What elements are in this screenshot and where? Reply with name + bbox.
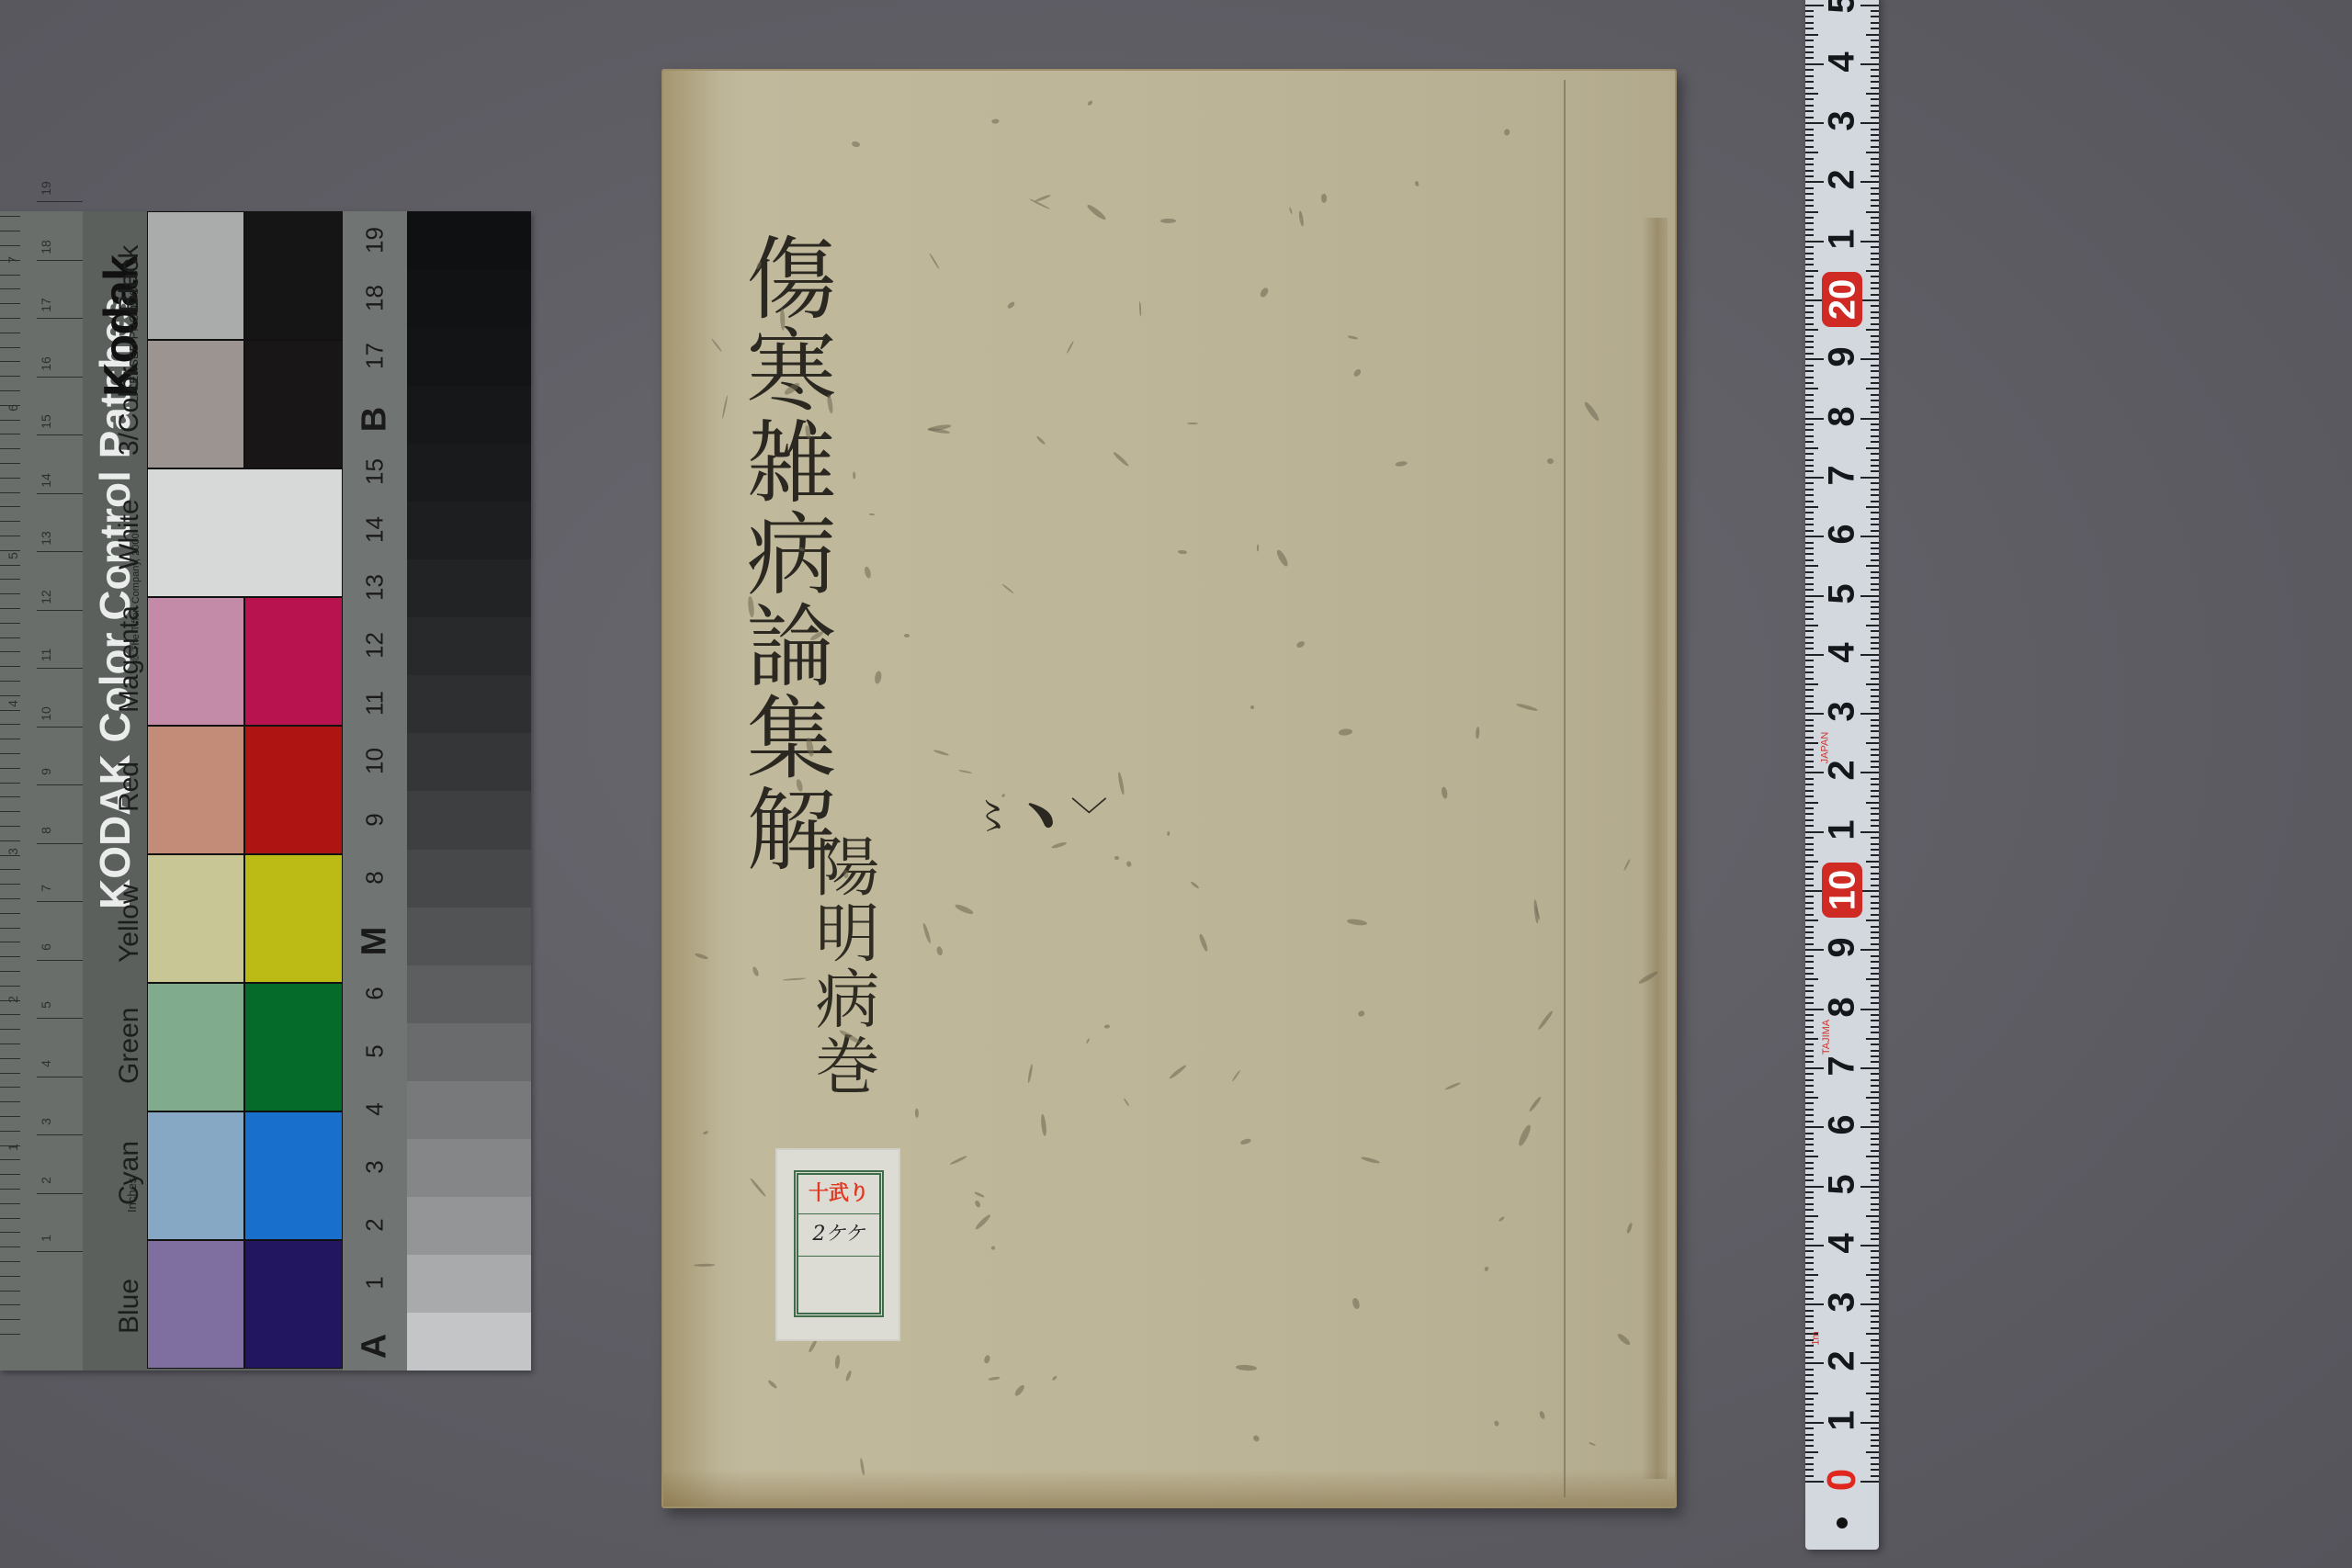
ruler-tick — [1805, 134, 1814, 136]
paper-fleck — [1347, 919, 1368, 927]
spine-edge — [1642, 218, 1668, 1479]
cm-number: 17 — [39, 296, 53, 314]
paper-fleck — [1085, 203, 1106, 221]
ruler-tick — [1805, 784, 1814, 785]
cm-tick — [37, 960, 83, 961]
paper-fleck — [1623, 859, 1630, 871]
ruler-tick — [1871, 129, 1879, 130]
scale-tick — [0, 986, 20, 987]
ruler-tick — [1871, 370, 1879, 372]
cm-tick — [37, 260, 83, 261]
ruler-tick — [1805, 577, 1814, 579]
ruler-tick — [1871, 39, 1879, 41]
ruler-tick — [1805, 1475, 1814, 1477]
ruler-tick — [1805, 470, 1814, 472]
ruler-tick — [1866, 1038, 1879, 1040]
ruler-tick — [1805, 253, 1814, 254]
ruler-tick — [1871, 1250, 1879, 1252]
paper-fleck — [1085, 1038, 1090, 1043]
inch-number: 4 — [6, 694, 20, 713]
ruler-number: 1 — [1822, 813, 1863, 846]
gray-step — [407, 269, 531, 328]
ruler-tick — [1860, 418, 1879, 420]
ruler-tick — [1871, 1221, 1879, 1223]
ruler-tick — [1871, 435, 1879, 437]
scale-tick — [0, 1261, 20, 1262]
edge-stain — [663, 71, 718, 1506]
ruler-tick — [1866, 1393, 1879, 1394]
inch-number: 7 — [6, 251, 20, 269]
ruler-tick — [1805, 1381, 1814, 1382]
ruler-tick — [1871, 258, 1879, 260]
scale-tick — [0, 1276, 20, 1277]
ruler-tick — [1871, 1227, 1879, 1229]
paper-fleck — [933, 749, 949, 755]
ruler-tick — [1805, 985, 1814, 987]
ruler-tick — [1805, 931, 1814, 933]
step-label: 13 — [361, 556, 390, 620]
inch-number: 1 — [6, 1138, 20, 1156]
scale-tick — [0, 376, 20, 377]
ruler-tick — [1871, 134, 1879, 136]
ruler-tick — [1871, 57, 1879, 59]
ruler-tick — [1871, 926, 1879, 928]
ruler-tick — [1871, 465, 1879, 467]
cm-tick — [37, 1251, 83, 1252]
tape-measure: 01234567891012345678920123451mJAPANTAJIM… — [1805, 0, 1879, 1550]
ruler-tick — [1866, 506, 1879, 508]
paper-fleck — [1348, 335, 1359, 340]
paper-fleck — [1123, 1098, 1129, 1107]
ruler-tick — [1805, 642, 1814, 644]
ruler-tick — [1871, 1144, 1879, 1145]
ruler-tick — [1871, 264, 1879, 265]
ruler-tick — [1866, 447, 1879, 449]
patch-cyan-dark — [244, 1111, 343, 1240]
cm-number: 19 — [39, 179, 53, 197]
paper-fleck — [1415, 181, 1420, 187]
ruler-tick — [1860, 1126, 1879, 1128]
ruler-tick — [1871, 1191, 1879, 1193]
gray-step — [407, 385, 531, 444]
paper-fleck — [955, 903, 975, 916]
ruler-number: 7 — [1822, 458, 1863, 491]
gray-step — [407, 675, 531, 734]
ruler-tick — [1871, 406, 1879, 408]
gray-step — [407, 1022, 531, 1081]
ruler-tick — [1871, 1262, 1879, 1264]
ruler-tick — [1871, 1434, 1879, 1436]
ruler-tick — [1805, 601, 1814, 603]
ruler-tick — [1805, 453, 1814, 455]
paper-fleck — [1476, 727, 1479, 739]
ruler-tick — [1871, 1286, 1879, 1288]
ruler-tick — [1871, 46, 1879, 48]
patch-label: Black — [114, 245, 145, 312]
ruler-tick — [1805, 837, 1814, 839]
label-stamp: 十武り — [798, 1175, 879, 1214]
ruler-tick — [1805, 406, 1814, 408]
paper-fleck — [1199, 933, 1210, 953]
paper-fleck — [1441, 787, 1448, 799]
ruler-number: 2 — [1822, 1345, 1863, 1378]
step-label: B — [356, 387, 395, 451]
ruler-tick — [1805, 1215, 1818, 1217]
ruler-number: 1 — [1822, 222, 1863, 255]
paper-fleck — [1289, 207, 1293, 214]
ruler-tick — [1871, 973, 1879, 975]
paper-fleck — [1139, 301, 1142, 316]
ruler-tick — [1871, 1043, 1879, 1045]
ruler-tick — [1871, 382, 1879, 384]
ruler-tick — [1805, 459, 1814, 461]
ruler-tick — [1860, 181, 1879, 183]
scale-tick — [0, 681, 20, 682]
step-label: M — [356, 908, 395, 973]
cm-number: 18 — [39, 238, 53, 256]
ruler-tick — [1871, 205, 1879, 207]
scale-tick — [0, 913, 20, 914]
paper-fleck — [1117, 772, 1125, 795]
ruler-tick — [1871, 985, 1879, 987]
ruler-tick — [1805, 878, 1814, 880]
ruler-tick — [1805, 16, 1814, 17]
scale-tick — [0, 1291, 20, 1292]
ruler-tick — [1871, 217, 1879, 219]
ruler-tick — [1805, 1168, 1814, 1169]
ruler-tick — [1866, 978, 1879, 980]
ruler-tick — [1805, 973, 1814, 975]
ruler-tick — [1871, 69, 1879, 71]
ruler-tick — [1871, 1002, 1879, 1004]
paper-fleck — [1104, 1025, 1110, 1029]
ruler-tick — [1805, 1014, 1814, 1016]
ruler-tick — [1871, 1457, 1879, 1459]
ruler-tick — [1871, 719, 1879, 721]
ruler-tick — [1805, 377, 1814, 378]
scale-tick — [0, 288, 20, 289]
ruler-tick — [1805, 75, 1814, 77]
color-patches — [147, 211, 343, 1371]
ruler-tick — [1871, 1233, 1879, 1235]
scale-tick — [0, 1116, 20, 1117]
ruler-tick — [1805, 1061, 1814, 1063]
ruler-tick — [1805, 323, 1814, 325]
step-label: 3 — [361, 1135, 390, 1200]
ruler-small-text: 1m — [1811, 1332, 1822, 1346]
ruler-tick — [1871, 542, 1879, 544]
ruler-number: 1 — [1822, 1404, 1863, 1437]
paper-fleck — [853, 471, 855, 479]
ruler-tick — [1871, 489, 1879, 491]
ruler-number: 4 — [1822, 45, 1863, 78]
ruler-tick — [1871, 571, 1879, 573]
ruler-tick — [1805, 394, 1814, 396]
ruler-tick — [1805, 990, 1814, 992]
ruler-tick — [1805, 365, 1814, 367]
ruler-tick — [1805, 1457, 1814, 1459]
ruler-tick — [1871, 660, 1879, 661]
scale-tick — [0, 245, 20, 246]
ruler-tick — [1805, 1250, 1814, 1252]
ruler-tick — [1871, 961, 1879, 963]
ruler-tick — [1871, 866, 1879, 868]
ruler-tick — [1871, 730, 1879, 732]
paper-fleck — [1240, 1137, 1252, 1145]
label-frame: 十武り 2ケケ — [794, 1170, 884, 1317]
gray-step — [407, 733, 531, 792]
ruler-tick — [1871, 1416, 1879, 1417]
step-label: 14 — [361, 498, 390, 562]
ruler-tick — [1805, 152, 1818, 153]
scale-tick — [0, 739, 20, 739]
scale-tick — [0, 463, 20, 464]
ruler-tick — [1871, 98, 1879, 100]
paper-fleck — [1583, 400, 1601, 423]
ruler-tick — [1871, 784, 1879, 785]
ruler-tick — [1805, 329, 1818, 331]
ruler-tick — [1866, 1274, 1879, 1276]
cm-tick — [37, 377, 83, 378]
ruler-tick — [1805, 429, 1814, 431]
ruler-tick — [1805, 1109, 1814, 1111]
ruler-tick — [1871, 164, 1879, 165]
ruler-tick — [1860, 1422, 1879, 1424]
ruler-tick — [1805, 506, 1818, 508]
ruler-tick — [1805, 1386, 1814, 1388]
ruler-tick — [1805, 1374, 1814, 1376]
paper-fleck — [1190, 881, 1199, 889]
ruler-tick — [1871, 1345, 1879, 1347]
step-label: 12 — [361, 614, 390, 678]
ruler-tick — [1805, 87, 1814, 89]
ruler-tick — [1871, 1014, 1879, 1016]
ruler-tick — [1871, 1179, 1879, 1181]
ruler-tick — [1805, 819, 1814, 821]
ruler-tick — [1871, 1209, 1879, 1211]
ruler-tick — [1805, 512, 1814, 513]
paper-fleck — [1357, 1010, 1365, 1017]
ruler-tick — [1805, 22, 1814, 24]
ruler-tick — [1805, 666, 1814, 668]
ruler-tick — [1805, 1298, 1814, 1300]
ruler-tick — [1805, 447, 1818, 449]
cm-number: 14 — [39, 471, 53, 490]
ruler-tick — [1805, 630, 1814, 632]
step-label: 5 — [361, 1019, 390, 1083]
ruler-tick — [1871, 630, 1879, 632]
ruler-tick — [1871, 353, 1879, 355]
ruler-tick — [1805, 571, 1814, 573]
ruler-tick — [1805, 187, 1814, 189]
ruler-tick — [1805, 547, 1814, 549]
paper-fleck — [1001, 584, 1014, 595]
ruler-tick — [1805, 211, 1818, 213]
ruler-tick — [1871, 589, 1879, 591]
ruler-tick — [1871, 146, 1879, 148]
ruler-tick — [1871, 955, 1879, 957]
ruler-tick — [1805, 902, 1814, 904]
cm-tick — [37, 318, 83, 319]
ruler-tick — [1805, 234, 1814, 236]
ruler-tick — [1805, 222, 1814, 224]
scale-tick — [0, 1073, 20, 1074]
bottom-stain — [663, 1470, 1675, 1506]
ruler-tick — [1805, 1351, 1814, 1353]
ruler-tick — [1805, 1439, 1814, 1441]
ruler-tick — [1805, 825, 1814, 827]
ruler-small-text: JAPAN — [1819, 732, 1830, 764]
paper-fleck — [922, 922, 933, 944]
ruler-tick — [1805, 719, 1814, 721]
paper-fleck — [1114, 856, 1119, 861]
scale-tick — [0, 869, 20, 870]
patch-3-color-dark — [244, 340, 343, 468]
gray-step — [407, 327, 531, 386]
ruler-tick — [1805, 689, 1814, 691]
ruler-tick — [1805, 660, 1814, 661]
ruler-tick — [1805, 489, 1814, 491]
ruler-tick — [1871, 754, 1879, 756]
ruler-tick — [1866, 1156, 1879, 1157]
scale-tick — [0, 448, 20, 449]
scale-tick — [0, 434, 20, 434]
ruler-tick — [1805, 648, 1814, 649]
ruler-tick — [1871, 1109, 1879, 1111]
ruler-tick — [1871, 234, 1879, 236]
ruler-tick — [1805, 961, 1814, 963]
ruler-tick — [1805, 34, 1818, 36]
ruler-tick — [1805, 246, 1814, 248]
ruler-tick — [1805, 559, 1814, 561]
ruler-tick — [1805, 39, 1814, 41]
paper-fleck — [1187, 423, 1198, 425]
paper-fleck — [1166, 831, 1170, 837]
paper-fleck — [1260, 287, 1270, 299]
ruler-tick — [1866, 388, 1879, 389]
step-label: A — [356, 1314, 395, 1379]
inch-number: 3 — [6, 842, 20, 861]
ruler-tick — [1805, 282, 1814, 284]
gray-step — [407, 559, 531, 618]
cm-tick — [37, 843, 83, 844]
scale-tick — [0, 1334, 20, 1335]
paper-fleck — [1538, 1010, 1555, 1031]
scale-tick — [0, 1174, 20, 1175]
ruler-tick — [1805, 98, 1814, 100]
ruler-tick — [1871, 707, 1879, 709]
patch-red-dark — [244, 726, 343, 854]
paper-fleck — [1339, 728, 1353, 736]
scale-tick — [0, 768, 20, 769]
ruler-tick — [1871, 606, 1879, 608]
ruler-tick — [1805, 1292, 1814, 1293]
ruler-tick — [1805, 441, 1814, 443]
ruler-tick — [1805, 270, 1818, 272]
paper-fleck — [808, 1339, 818, 1354]
ruler-tick — [1805, 1102, 1814, 1104]
ruler-number: 9 — [1822, 341, 1863, 374]
ruler-tick — [1805, 518, 1814, 520]
paper-fleck — [1066, 340, 1074, 354]
ruler-tick — [1805, 908, 1814, 909]
scale-tick — [0, 811, 20, 812]
ruler-tick — [1860, 595, 1879, 597]
ruler-tick — [1871, 813, 1879, 815]
paper-fleck — [1168, 1064, 1187, 1080]
ruler-tick — [1871, 175, 1879, 177]
ruler-tick — [1805, 93, 1818, 95]
ruler-tick — [1871, 967, 1879, 969]
paper-fleck — [834, 1355, 841, 1369]
ruler-tick — [1805, 501, 1814, 502]
ruler-tick — [1805, 802, 1818, 804]
ruler-tick — [1805, 678, 1814, 680]
paper-fleck — [1298, 210, 1304, 226]
ruler-number: 5 — [1822, 0, 1863, 19]
paper-fleck — [1547, 458, 1554, 464]
ruler-tick — [1871, 1150, 1879, 1152]
ruler-tick — [1805, 1050, 1814, 1052]
ruler-tick — [1805, 423, 1814, 425]
scale-tick — [0, 942, 20, 942]
paper-fleck — [1444, 1082, 1461, 1091]
ruler-tick — [1871, 937, 1879, 939]
inch-number: 5 — [6, 547, 20, 565]
ruler-tick — [1805, 1114, 1814, 1116]
scale-tick — [0, 1232, 20, 1233]
ruler-tick — [1805, 1262, 1814, 1264]
scale-tick — [0, 536, 20, 536]
scale-tick — [0, 928, 20, 929]
scale-tick — [0, 333, 20, 333]
paper-fleck — [1087, 99, 1094, 107]
ruler-tick — [1871, 908, 1879, 909]
ruler-tick — [1871, 1203, 1879, 1205]
gray-step — [407, 791, 531, 850]
ruler-tick — [1871, 1055, 1879, 1057]
ruler-tick — [1871, 807, 1879, 809]
ruler-tick — [1805, 1357, 1814, 1359]
paper-fleck — [874, 671, 882, 684]
ruler-tick — [1871, 1398, 1879, 1400]
ruler-tick — [1805, 790, 1814, 792]
cm-number: 4 — [39, 1055, 53, 1073]
cm-tick — [37, 1018, 83, 1019]
ruler-tick — [1871, 140, 1879, 141]
ruler-tick — [1805, 1463, 1814, 1465]
ruler-tick — [1805, 707, 1814, 709]
ruler-tick — [1805, 1233, 1814, 1235]
ruler-tick — [1871, 902, 1879, 904]
cm-number: 13 — [39, 529, 53, 547]
ruler-tick — [1805, 170, 1814, 172]
paper-fleck — [1232, 1069, 1241, 1081]
ruler-tick — [1805, 258, 1814, 260]
paper-fleck — [1616, 1332, 1631, 1346]
ruler-number: 9 — [1822, 931, 1863, 964]
scale-tick — [0, 651, 20, 652]
scale-tick — [0, 1189, 20, 1190]
scale-tick — [0, 637, 20, 638]
ruler-tick — [1805, 1179, 1814, 1181]
ruler-tick — [1805, 199, 1814, 201]
ruler-tick — [1871, 1174, 1879, 1176]
ruler-tick — [1871, 1439, 1879, 1441]
ruler-tick — [1805, 353, 1814, 355]
paper-fleck — [1539, 1410, 1546, 1419]
ruler-tick — [1805, 276, 1814, 277]
